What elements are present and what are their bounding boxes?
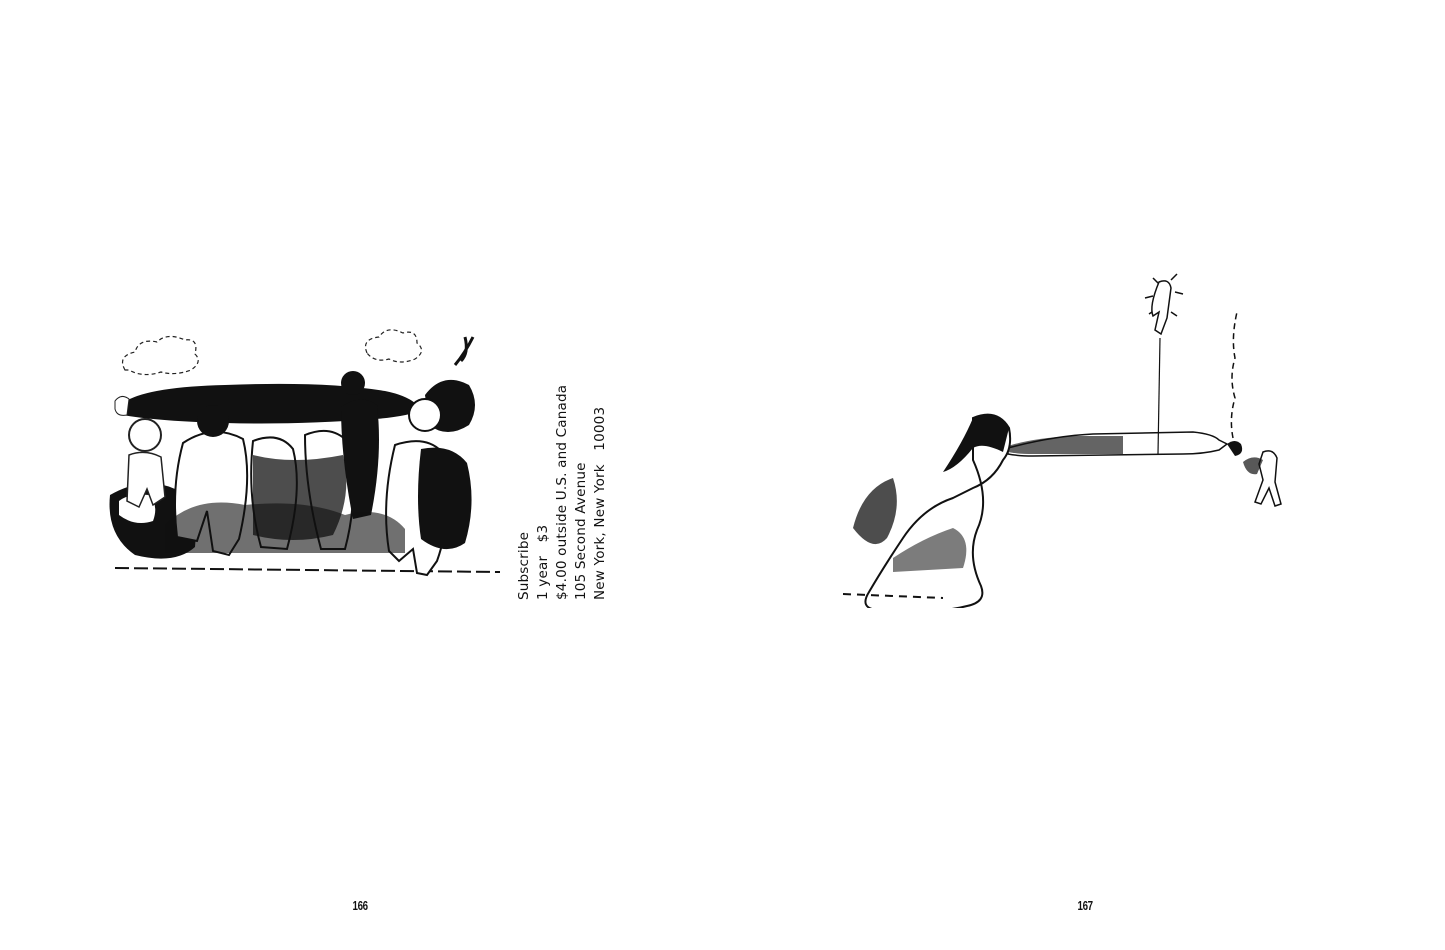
cherubs-cigar-illustration bbox=[105, 325, 510, 605]
subscribe-info: Subscribe 1 year $3 $4.00 outside U.S. a… bbox=[515, 330, 625, 600]
page-number-right: 167 bbox=[1078, 898, 1093, 913]
subscribe-price-foreign: $4.00 outside U.S. and Canada bbox=[553, 330, 572, 600]
crouching-smoker-illustration bbox=[833, 258, 1373, 608]
page-number-left: 166 bbox=[353, 898, 368, 913]
subscribe-address-city: New York, New York 10003 bbox=[591, 330, 610, 600]
subscribe-heading: Subscribe bbox=[515, 330, 534, 600]
subscribe-price-domestic: 1 year $3 bbox=[534, 330, 553, 600]
left-page: Subscribe 1 year $3 $4.00 outside U.S. a… bbox=[0, 0, 722, 950]
subscribe-address-street: 105 Second Avenue bbox=[572, 330, 591, 600]
